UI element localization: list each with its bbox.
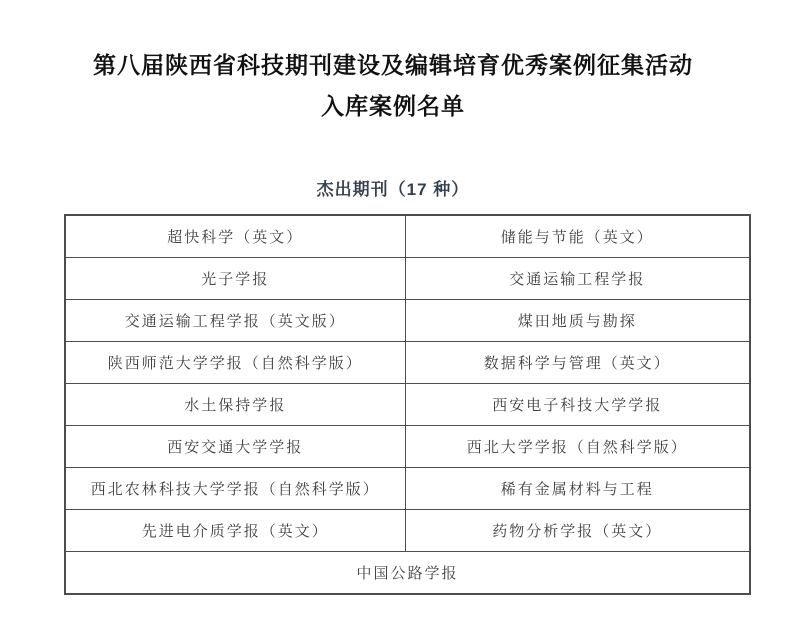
table-row: 交通运输工程学报（英文版） 煤田地质与勘探	[65, 300, 750, 342]
journal-cell: 西北农林科技大学学报（自然科学版）	[65, 468, 405, 510]
table-row: 水土保持学报 西安电子科技大学学报	[65, 384, 750, 426]
section-heading-outstanding-journals: 杰出期刊（17 种）	[0, 118, 786, 214]
journal-cell: 水土保持学报	[65, 384, 405, 426]
table-row-footer: 中国公路学报	[65, 552, 750, 595]
table-row: 先进电介质学报（英文） 药物分析学报（英文）	[65, 510, 750, 552]
document-title-line1: 第八届陕西省科技期刊建设及编辑培育优秀案例征集活动	[0, 0, 786, 77]
journal-cell: 稀有金属材料与工程	[405, 468, 750, 510]
journal-table: 超快科学（英文） 储能与节能（英文） 光子学报 交通运输工程学报 交通运输工程学…	[64, 214, 751, 595]
table-row: 陕西师范大学学报（自然科学版） 数据科学与管理（英文）	[65, 342, 750, 384]
journal-cell: 煤田地质与勘探	[405, 300, 750, 342]
journal-cell: 西安电子科技大学学报	[405, 384, 750, 426]
journal-cell: 交通运输工程学报	[405, 258, 750, 300]
journal-cell: 储能与节能（英文）	[405, 215, 750, 258]
document-title-line2: 入库案例名单	[0, 77, 786, 118]
journal-cell: 药物分析学报（英文）	[405, 510, 750, 552]
journal-cell: 交通运输工程学报（英文版）	[65, 300, 405, 342]
journal-cell: 光子学报	[65, 258, 405, 300]
journal-cell-spanning: 中国公路学报	[65, 552, 750, 595]
table-row: 超快科学（英文） 储能与节能（英文）	[65, 215, 750, 258]
journal-cell: 西安交通大学学报	[65, 426, 405, 468]
table-row: 西北农林科技大学学报（自然科学版） 稀有金属材料与工程	[65, 468, 750, 510]
journal-cell: 西北大学学报（自然科学版）	[405, 426, 750, 468]
table-row: 西安交通大学学报 西北大学学报（自然科学版）	[65, 426, 750, 468]
document-page: 第八届陕西省科技期刊建设及编辑培育优秀案例征集活动 入库案例名单 杰出期刊（17…	[0, 0, 786, 635]
journal-cell: 陕西师范大学学报（自然科学版）	[65, 342, 405, 384]
journal-cell: 数据科学与管理（英文）	[405, 342, 750, 384]
table-row: 光子学报 交通运输工程学报	[65, 258, 750, 300]
journal-cell: 先进电介质学报（英文）	[65, 510, 405, 552]
journal-cell: 超快科学（英文）	[65, 215, 405, 258]
